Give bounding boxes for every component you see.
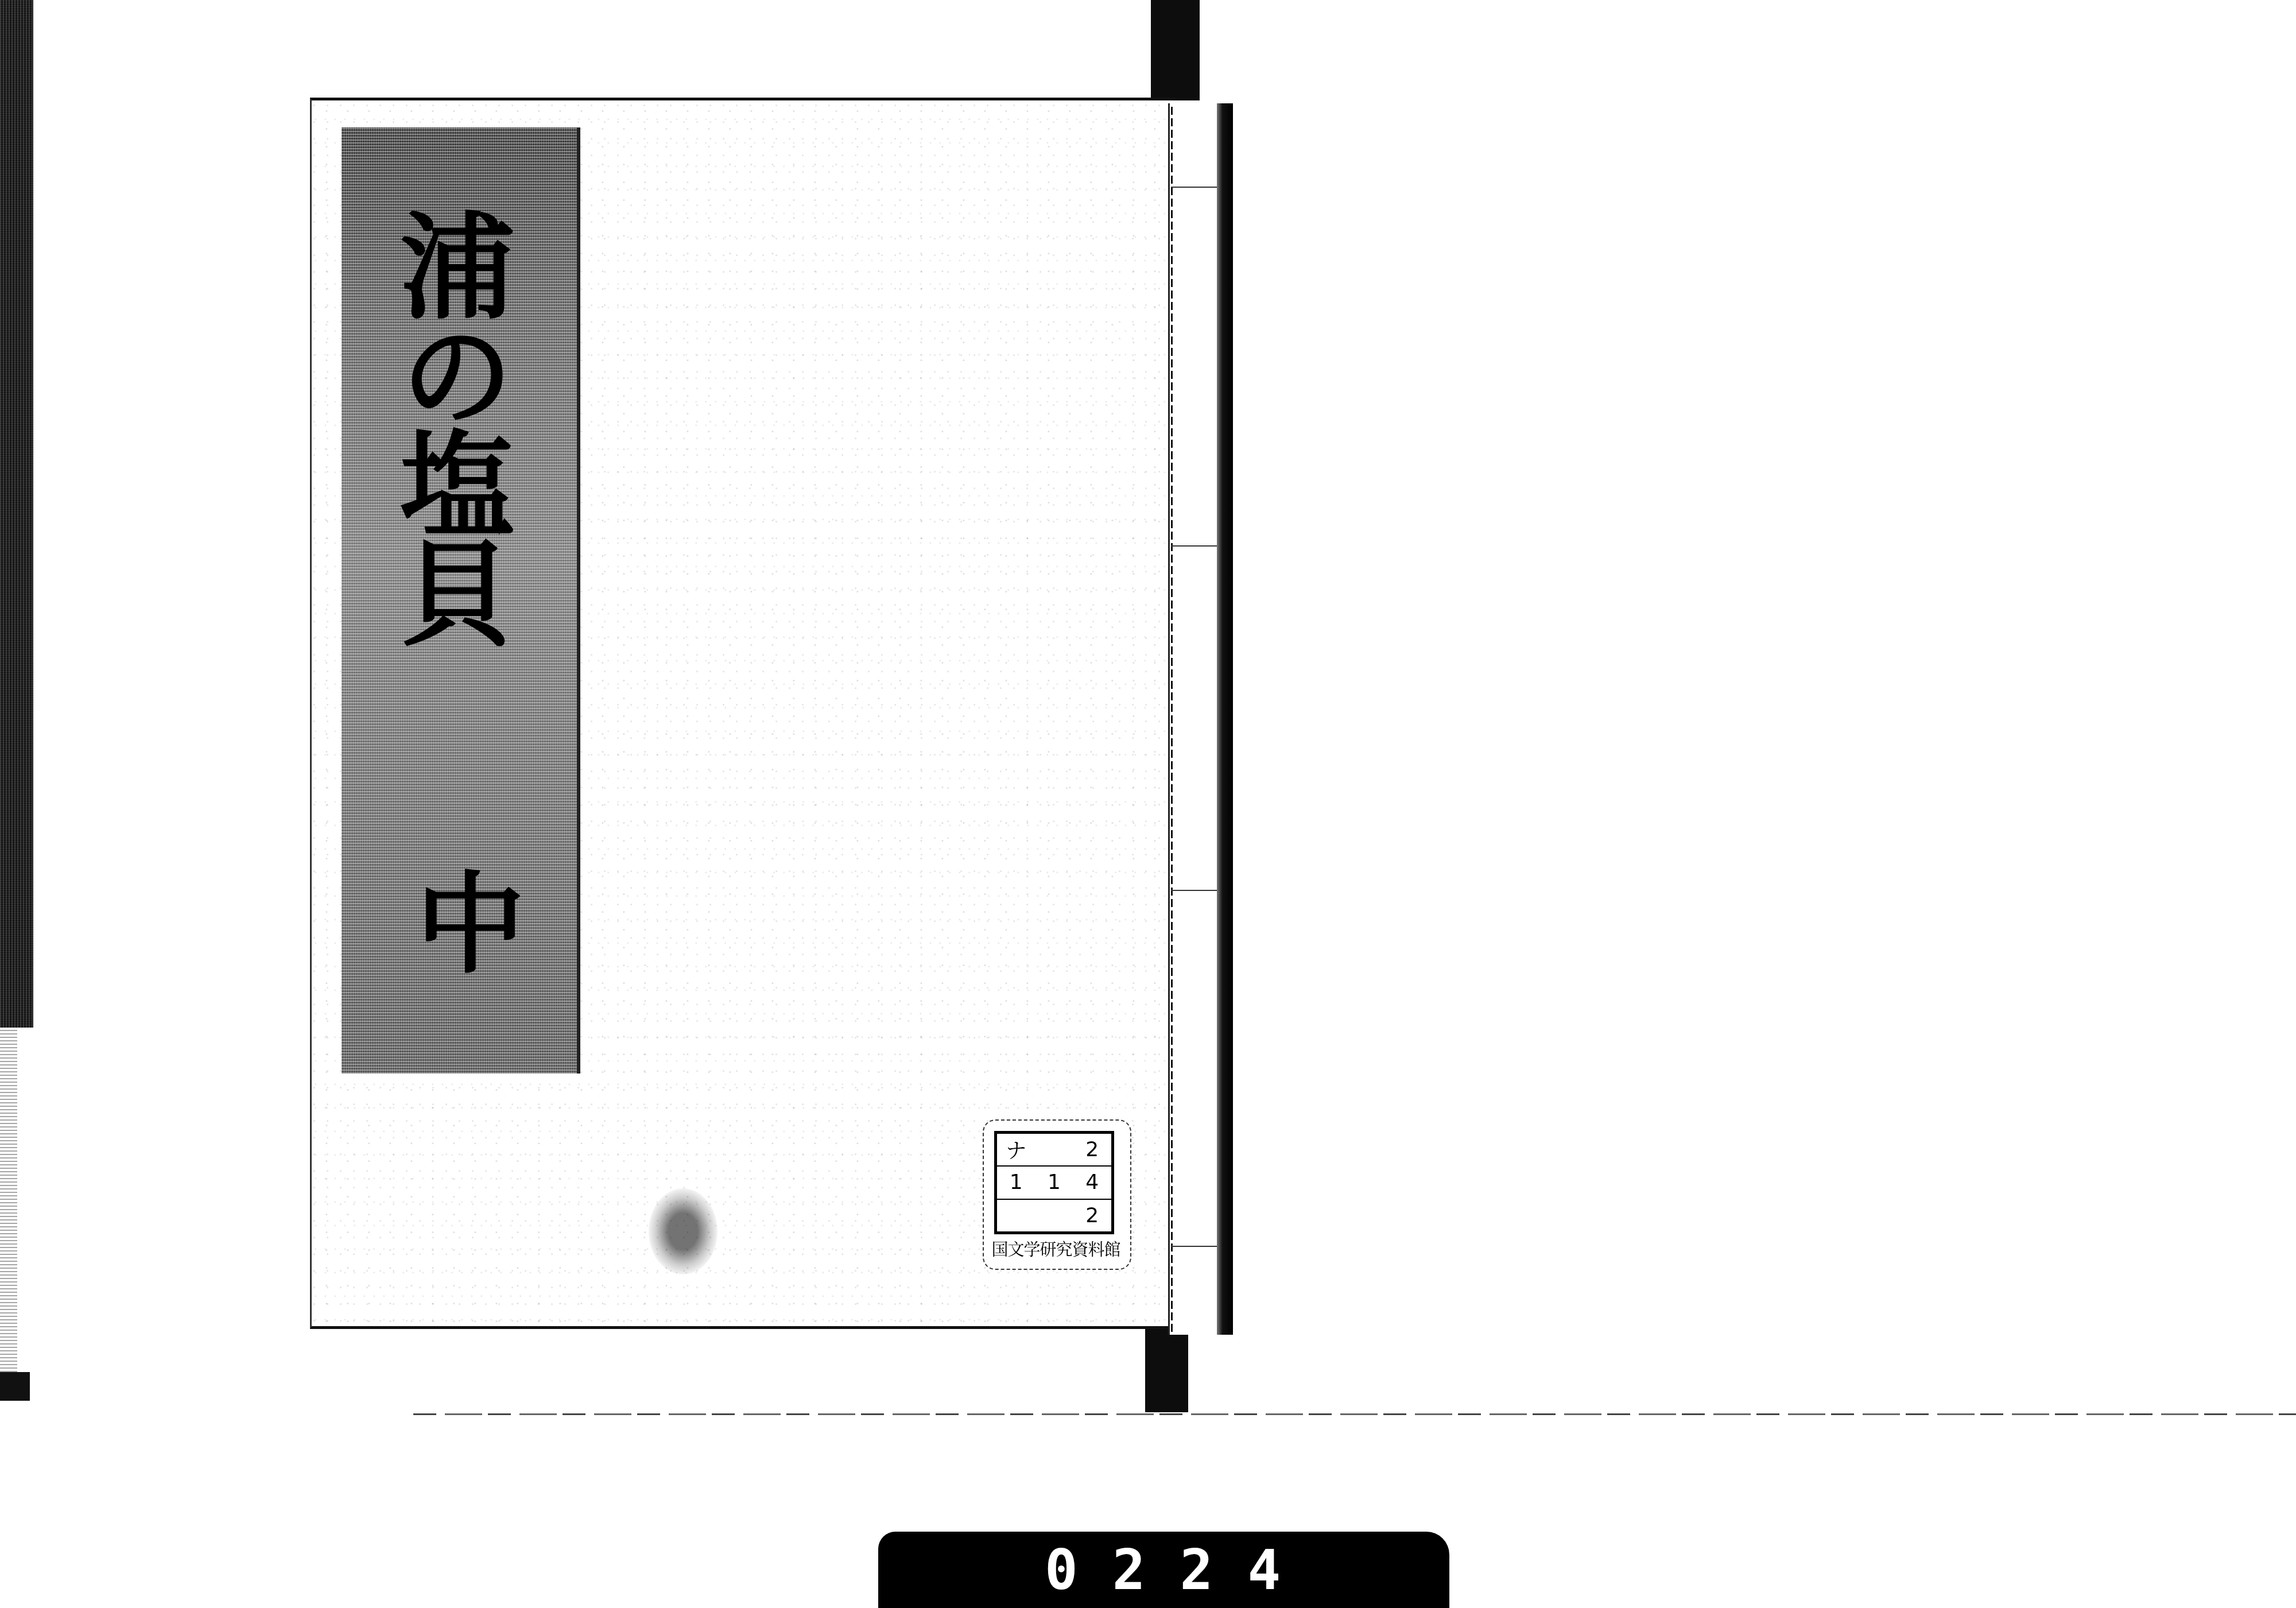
spine-edge: [1217, 103, 1233, 1335]
scan-base-line: [413, 1413, 2296, 1415]
volume-marker: 中: [413, 861, 528, 987]
call-number-cell: 2: [1073, 1204, 1111, 1227]
call-number-cell: 1: [997, 1171, 1035, 1194]
call-number-cell: 1: [1035, 1171, 1073, 1194]
frame-number: 0224: [1045, 1539, 1332, 1602]
binding-thread: [1171, 545, 1223, 547]
binding-thread: [1171, 187, 1223, 188]
call-number-grid: ナ 2 1 1 4 2: [994, 1131, 1114, 1234]
adjacent-page-edge: [0, 0, 33, 1028]
spine-top-shadow: [1151, 0, 1200, 100]
binding-stitch-line: [1171, 103, 1173, 1332]
book-title: 浦の塩貝: [367, 207, 528, 723]
binding-thread: [1171, 1246, 1223, 1247]
binding-edge-line: [1168, 103, 1169, 1332]
call-number-row: 2: [997, 1200, 1111, 1231]
call-number-row: ナ 2: [997, 1134, 1111, 1167]
cover-stain: [649, 1188, 717, 1274]
call-number-row: 1 1 4: [997, 1167, 1111, 1199]
adjacent-page-edge-lower: [0, 1028, 17, 1372]
binding-thread: [1171, 890, 1223, 891]
call-number-cell: 2: [1073, 1138, 1111, 1161]
call-number-cell: ナ: [997, 1135, 1035, 1164]
call-number-cell: 4: [1073, 1171, 1111, 1194]
spine-bottom-shadow: [1145, 1326, 1188, 1412]
adjacent-page-foot: [0, 1372, 30, 1401]
institution-name: 国文学研究資料館: [988, 1237, 1123, 1261]
